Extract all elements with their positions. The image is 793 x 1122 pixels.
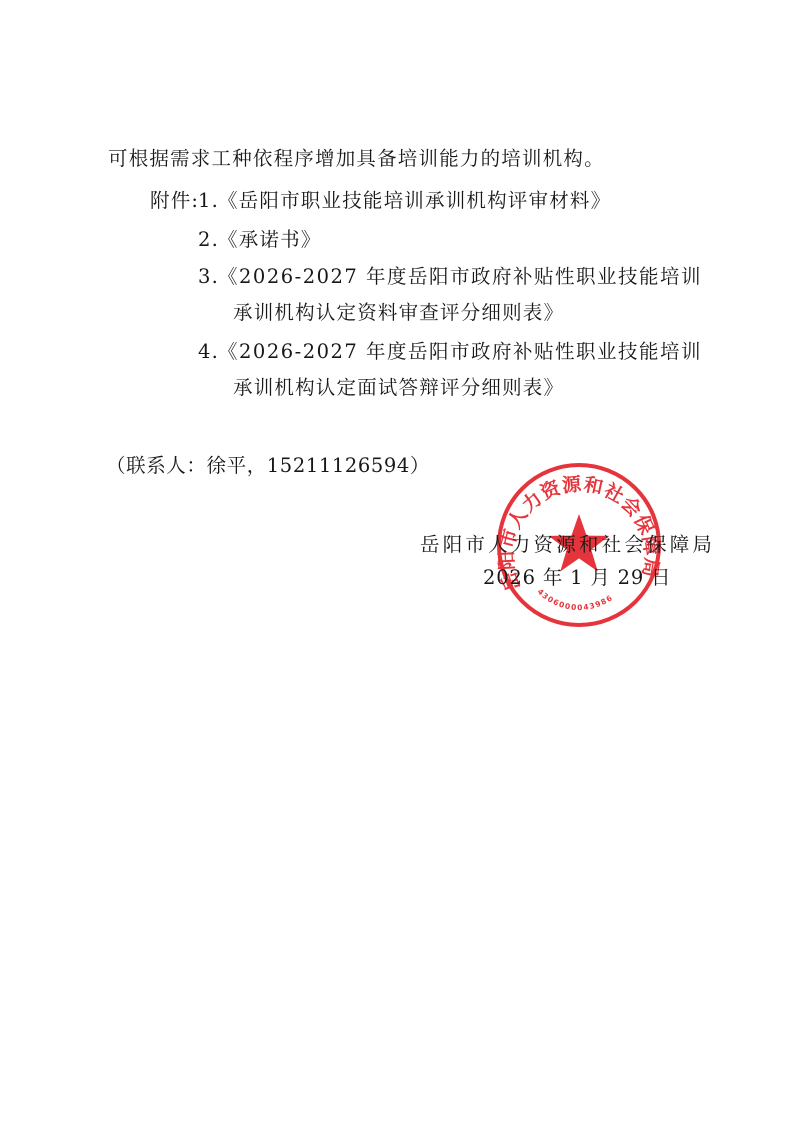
attachment-4-title-line-1: 《2026-2027 年度岳阳市政府补贴性职业技能培训 [218,340,702,364]
document-page: 可根据需求工种依程序增加具备培训能力的培训机构。 附件: 1. 《岳阳市职业技能… [0,0,793,1122]
attachment-2-title: 《承诺书》 [218,228,322,252]
issue-date: 2026 年 1 月 29 日 [483,566,671,590]
attachment-2-number: 2. [198,228,219,252]
issuing-organization: 岳阳市人力资源和社会保障局 [420,533,715,557]
attachment-3-title-line-2: 承训机构认定资料审查评分细则表》 [233,301,564,325]
body-continuation-line: 可根据需求工种依程序增加具备培训能力的培训机构。 [108,147,605,171]
seal-code-text: 4306000043986 [536,587,615,612]
attachment-4-title-line-2: 承训机构认定面试答辩评分细则表》 [233,376,564,400]
attachments-label: 附件: [150,189,199,213]
contact-line: （联系人：徐平，15211126594） [106,454,430,478]
attachment-1-number: 1. [198,189,219,213]
attachment-1-title: 《岳阳市职业技能培训承训机构评审材料》 [218,189,611,213]
attachment-3-number: 3. [198,265,219,289]
attachment-3-title-line-1: 《2026-2027 年度岳阳市政府补贴性职业技能培训 [218,265,702,289]
attachment-4-number: 4. [198,340,219,364]
